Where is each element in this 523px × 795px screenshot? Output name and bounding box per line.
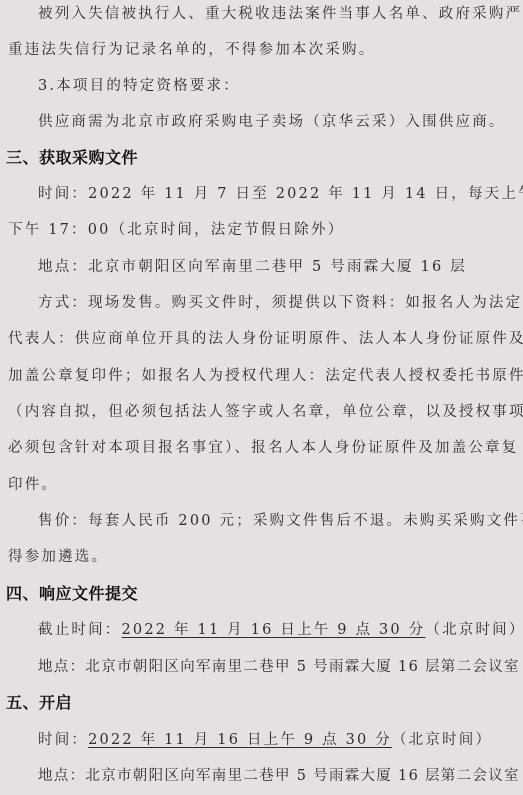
opening-time-label: 时间： bbox=[38, 732, 88, 748]
paragraph-line: 被列入失信被执行人、重大税收违法案件当事人名单、政府采购严 bbox=[0, 4, 523, 24]
section-heading-5: 五、开启 bbox=[0, 693, 523, 713]
document-page: 被列入失信被执行人、重大税收违法案件当事人名单、政府采购严 重违法失信行为记录名… bbox=[0, 0, 523, 795]
paragraph-line: 地点：北京市朝阳区向军南里二巷甲 5 号雨霖大厦 16 层 bbox=[0, 257, 523, 277]
opening-time-value: 2022 年 11 月 16 日上午 9 点 30 分 bbox=[88, 732, 392, 748]
paragraph-line: 地点：北京市朝阳区向军南里二巷甲 5 号雨霖大厦 16 层第二会议室 bbox=[0, 657, 523, 677]
deadline-line: 截止时间：2022 年 11 月 16 日上午 9 点 30 分（北京时间） bbox=[0, 620, 523, 640]
deadline-label: 截止时间： bbox=[38, 622, 122, 638]
deadline-suffix: （北京时间） bbox=[425, 622, 523, 638]
paragraph-line: 重违法失信行为记录名单的，不得参加本次采购。 bbox=[0, 40, 523, 60]
paragraph-line: 地点：北京市朝阳区向军南里二巷甲 5 号雨霖大厦 16 层第二会议室 bbox=[0, 766, 523, 786]
paragraph-line: 售价：每套人民币 200 元；采购文件售后不退。未购买采购文件不 bbox=[0, 511, 523, 531]
section-heading-3: 三、获取采购文件 bbox=[0, 148, 523, 168]
paragraph-line: 加盖公章复印件；如报名人为授权代理人：法定代表人授权委托书原件 bbox=[0, 366, 523, 386]
paragraph-line: 时间：2022 年 11 月 7 日至 2022 年 11 月 14 日，每天上… bbox=[0, 184, 523, 204]
paragraph-line: 得参加遴选。 bbox=[0, 547, 523, 567]
paragraph-line: （内容自拟，但必须包括法人签字或人名章，单位公章，以及授权事项 bbox=[0, 402, 523, 422]
deadline-value: 2022 年 11 月 16 日上午 9 点 30 分 bbox=[122, 622, 426, 638]
paragraph-line: 方式：现场发售。购买文件时，须提供以下资料：如报名人为法定 bbox=[0, 293, 523, 313]
item-heading: 3.本项目的特定资格要求： bbox=[0, 76, 523, 96]
opening-time-line: 时间：2022 年 11 月 16 日上午 9 点 30 分（北京时间） bbox=[0, 730, 523, 750]
paragraph-line: 供应商需为北京市政府采购电子卖场（京华云采）入围供应商。 bbox=[0, 112, 523, 132]
paragraph-line: 下午 17：00（北京时间，法定节假日除外） bbox=[0, 220, 523, 240]
paragraph-line: 印件。 bbox=[0, 475, 523, 495]
paragraph-line: 必须包含针对本项目报名事宜）、报名人本人身份证原件及加盖公章复 bbox=[0, 438, 523, 458]
section-heading-4: 四、响应文件提交 bbox=[0, 584, 523, 604]
opening-time-suffix: （北京时间） bbox=[392, 732, 492, 748]
paragraph-line: 代表人：供应商单位开具的法人身份证明原件、法人本人身份证原件及 bbox=[0, 329, 523, 349]
